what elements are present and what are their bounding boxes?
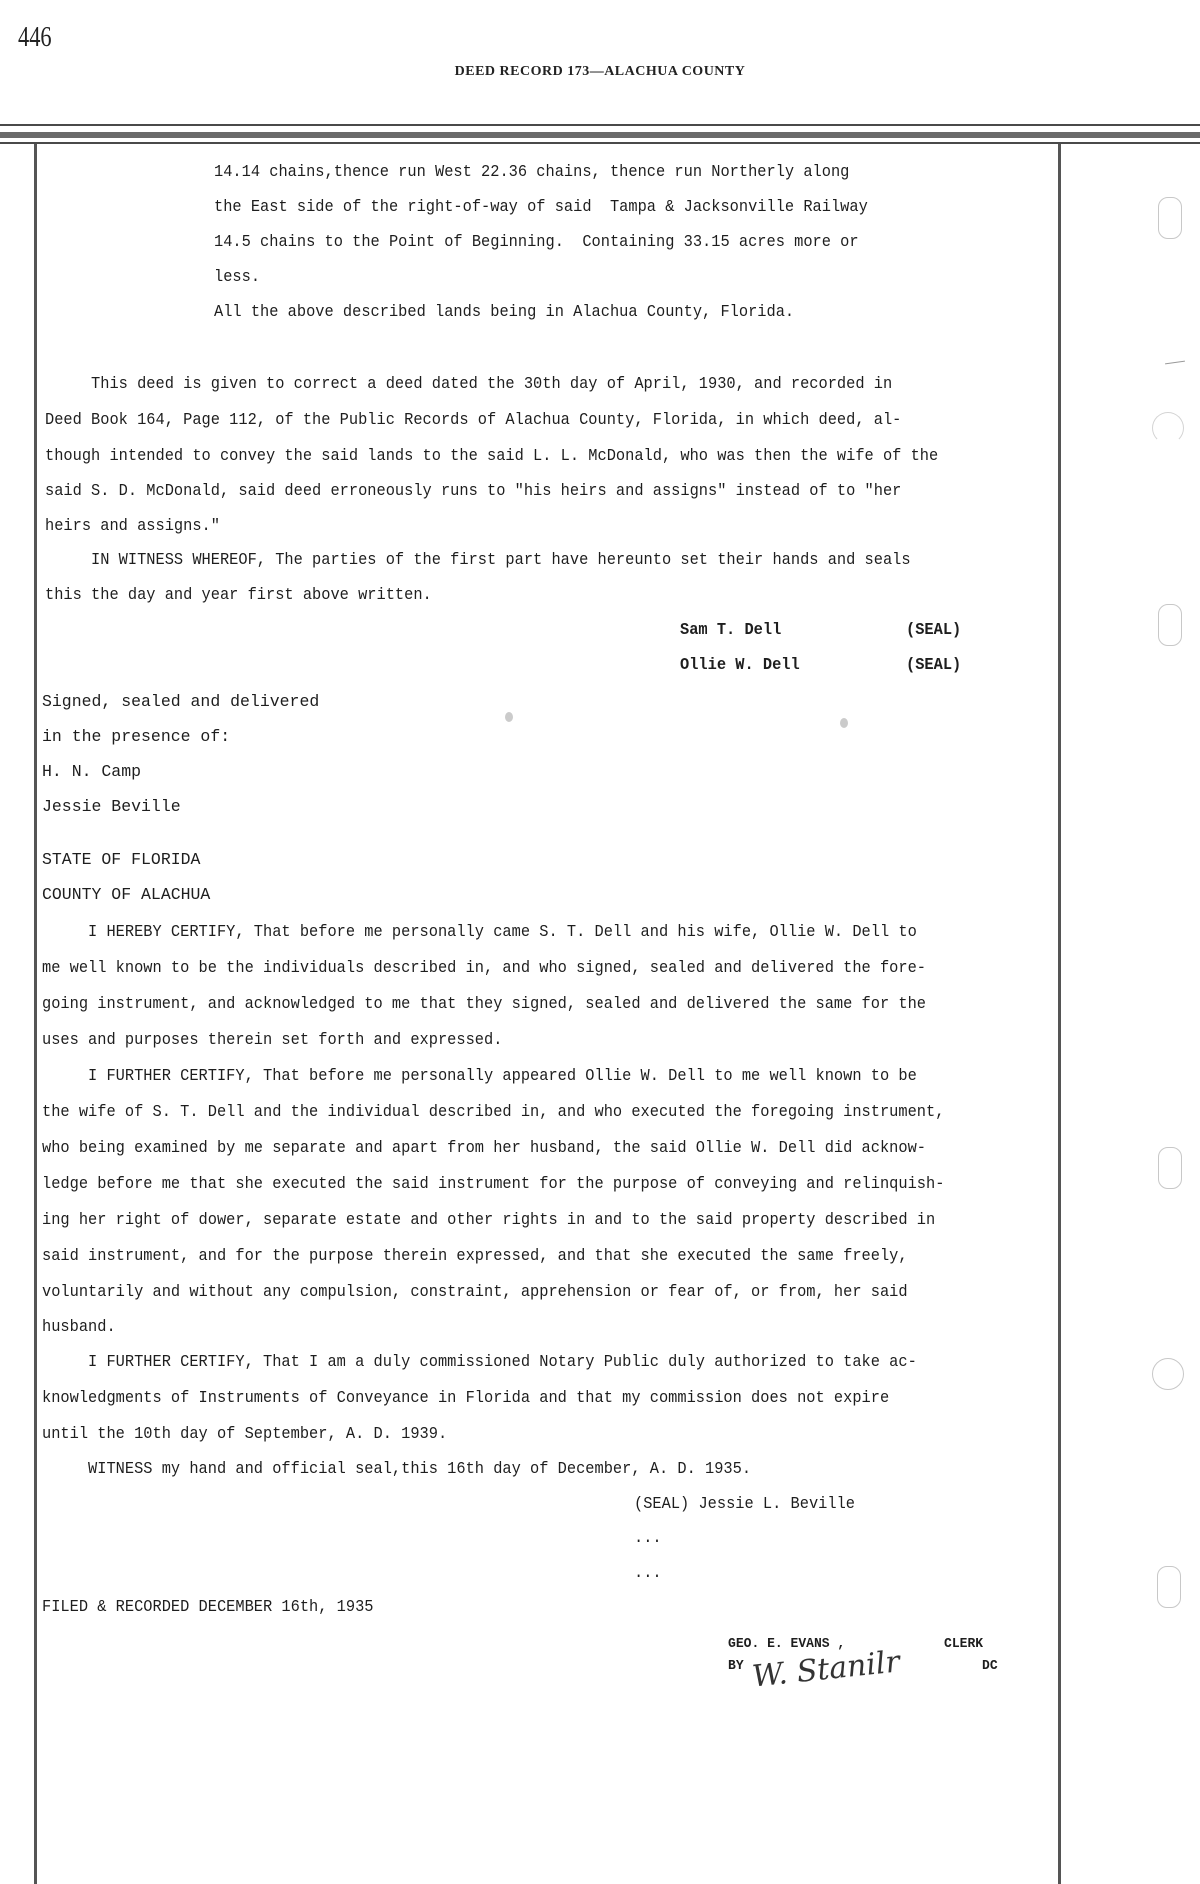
grantor-name: Sam T. Dell xyxy=(680,620,781,640)
text-line: though intended to convey the said lands… xyxy=(45,446,938,466)
text-line: said instrument, and for the purpose the… xyxy=(42,1246,908,1266)
deputy-title: DC xyxy=(982,1656,998,1676)
header-rule-double xyxy=(0,132,1200,138)
text-line: who being examined by me separate and ap… xyxy=(42,1138,926,1158)
text-line: in the presence of: xyxy=(42,727,230,747)
binder-hole-icon xyxy=(1152,412,1184,444)
text-line: this the day and year first above writte… xyxy=(45,585,432,605)
binder-hole-icon xyxy=(1152,1358,1184,1390)
text-line: the East side of the right-of-way of sai… xyxy=(214,197,868,217)
text-line: I HEREBY CERTIFY, That before me persona… xyxy=(42,922,917,942)
binder-hole-icon xyxy=(1158,197,1182,239)
text-line: All the above described lands being in A… xyxy=(214,302,794,322)
scan-speck xyxy=(505,712,513,722)
seal-label: (SEAL) xyxy=(906,655,961,675)
text-line: 14.5 chains to the Point of Beginning. C… xyxy=(214,232,859,252)
ellipsis: ... xyxy=(634,1528,662,1548)
clerk-title: CLERK xyxy=(944,1634,983,1654)
notary-signature: (SEAL) Jessie L. Beville xyxy=(634,1494,855,1514)
witness-name: Jessie Beville xyxy=(42,797,181,817)
text-line: the wife of S. T. Dell and the individua… xyxy=(42,1102,944,1122)
page-number: 446 xyxy=(18,22,52,54)
text-line: 14.14 chains,thence run West 22.36 chain… xyxy=(214,162,849,182)
grantor-name: Ollie W. Dell xyxy=(680,655,800,675)
venue-county: COUNTY OF ALACHUA xyxy=(42,885,210,905)
text-line: I FURTHER CERTIFY, That I am a duly comm… xyxy=(42,1352,917,1372)
header-rule-bottom xyxy=(0,142,1200,144)
text-line: uses and purposes therein set forth and … xyxy=(42,1030,502,1050)
text-line: WITNESS my hand and official seal,this 1… xyxy=(42,1459,751,1479)
text-line: going instrument, and acknowledged to me… xyxy=(42,994,926,1014)
text-line: ing her right of dower, separate estate … xyxy=(42,1210,935,1230)
text-line: knowledgments of Instruments of Conveyan… xyxy=(42,1388,889,1408)
right-margin-rule xyxy=(1058,144,1061,1884)
binder-hole-icon xyxy=(1157,1566,1181,1608)
header-rule-top xyxy=(0,124,1200,126)
text-line: husband. xyxy=(42,1317,116,1337)
text-line: until the 10th day of September, A. D. 1… xyxy=(42,1424,447,1444)
text-line: said S. D. McDonald, said deed erroneous… xyxy=(45,481,901,501)
binder-hole-icon xyxy=(1158,1147,1182,1189)
text-line: ledge before me that she executed the sa… xyxy=(42,1174,944,1194)
text-line: heirs and assigns." xyxy=(45,516,220,536)
text-line: me well known to be the individuals desc… xyxy=(42,958,926,978)
running-title: DEED RECORD 173—ALACHUA COUNTY xyxy=(0,64,1200,80)
left-margin-rule xyxy=(34,144,37,1884)
text-line: voluntarily and without any compulsion, … xyxy=(42,1282,908,1302)
text-line: less. xyxy=(214,267,260,287)
binder-hole-icon xyxy=(1158,604,1182,646)
text-line: Signed, sealed and delivered xyxy=(42,692,319,712)
venue-state: STATE OF FLORIDA xyxy=(42,850,200,870)
seal-label: (SEAL) xyxy=(906,620,961,640)
text-line: This deed is given to correct a deed dat… xyxy=(45,374,892,394)
scan-speck xyxy=(840,718,848,728)
scan-mark xyxy=(1165,361,1185,365)
text-line: IN WITNESS WHEREOF, The parties of the f… xyxy=(45,550,911,570)
witness-name: H. N. Camp xyxy=(42,762,141,782)
recorded-date: FILED & RECORDED DECEMBER 16th, 1935 xyxy=(42,1597,374,1617)
ellipsis: ... xyxy=(634,1563,662,1583)
text-line: I FURTHER CERTIFY, That before me person… xyxy=(42,1066,917,1086)
text-line: Deed Book 164, Page 112, of the Public R… xyxy=(45,410,901,430)
by-label: BY xyxy=(728,1656,744,1676)
